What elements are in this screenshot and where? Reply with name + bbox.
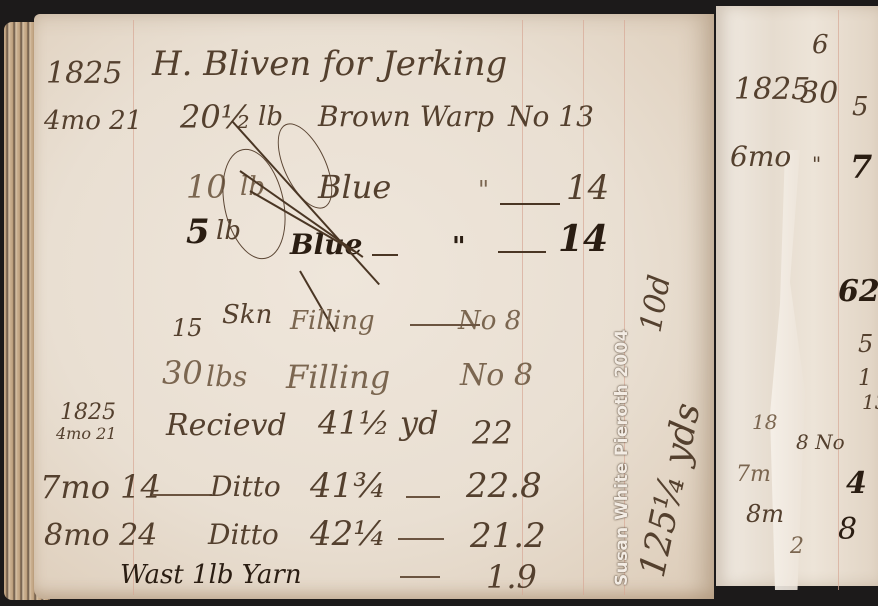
entry-unit: Skn xyxy=(222,300,272,330)
right-line: 5 xyxy=(852,92,869,122)
entry-no: No 8 xyxy=(458,306,521,336)
dash-line xyxy=(410,324,480,326)
dash-line xyxy=(400,576,440,578)
ledger-label: Ditto xyxy=(210,470,281,503)
right-line: 62 xyxy=(838,274,878,309)
dash-line xyxy=(152,494,212,496)
entry-no: No 8 xyxy=(460,358,533,393)
ledger-amount: 21.2 xyxy=(470,516,546,556)
entry-qty: 15 xyxy=(172,314,203,342)
right-line: 8 No xyxy=(796,430,845,454)
dash-line xyxy=(372,254,398,256)
ledger-label: Wast 1lb Yarn xyxy=(120,560,302,590)
entry-qty-unit: 30 xyxy=(162,354,203,392)
received-date: 4mo 21 xyxy=(56,424,116,443)
ledger-photo: 1825 H. Bliven for Jerking 4mo 21 20½ lb… xyxy=(0,0,878,606)
entry-unit: lbs xyxy=(206,360,247,393)
entry-no: 14 xyxy=(558,218,608,260)
header-title: H. Bliven for Jerking xyxy=(152,44,507,84)
ledger-label: Ditto xyxy=(208,518,279,551)
right-line: 30 xyxy=(800,76,838,111)
right-line: 18 xyxy=(752,410,777,434)
received-amount: 22 xyxy=(472,414,513,452)
received-label: Recievd xyxy=(166,408,287,443)
dash-line xyxy=(406,496,440,498)
right-line: 1825 xyxy=(734,72,810,107)
right-line: 4 xyxy=(846,466,867,501)
right-line: 8 xyxy=(838,512,857,547)
right-line: 13 xyxy=(862,390,878,414)
entry-qty: 5 xyxy=(186,212,210,252)
ditto-mark: " xyxy=(478,176,489,204)
right-line: " xyxy=(812,152,821,176)
right-line: 8m xyxy=(746,500,784,528)
entry-item: Filling xyxy=(290,306,375,336)
dash-line xyxy=(498,251,546,253)
entry-no: 14 xyxy=(566,168,609,208)
entry-qty: 10 xyxy=(186,168,227,206)
right-line: 1 xyxy=(858,366,872,391)
ledger-date: 8mo 24 xyxy=(44,518,157,553)
received-year: 1825 xyxy=(60,400,116,425)
ditto-mark: " xyxy=(452,232,466,262)
dash-line xyxy=(398,538,444,540)
right-page-number: 6 xyxy=(812,30,829,60)
dash-line xyxy=(500,203,560,205)
entry-date: 4mo 21 xyxy=(44,106,142,136)
entry-item: Brown Warp xyxy=(318,100,494,133)
ledger-date: 7mo 14 xyxy=(40,468,161,506)
ledger-amount: 1.9 xyxy=(486,558,537,596)
right-line: 2 xyxy=(790,534,804,559)
entry-item: Filling xyxy=(286,358,390,396)
right-line: 5 xyxy=(858,330,873,358)
right-line: 6mo xyxy=(730,140,791,173)
entry-unit: lb xyxy=(258,102,283,132)
right-line: 7m xyxy=(736,462,771,487)
received-yards: 41½ yd xyxy=(318,404,438,442)
ledger-yards: 42¼ xyxy=(310,514,386,554)
header-year: 1825 xyxy=(46,56,122,91)
photographer-watermark: Susan White Pieroth 2004 xyxy=(612,329,632,586)
ledger-amount: 22.8 xyxy=(466,466,542,506)
right-line: 7 xyxy=(850,148,872,186)
ledger-yards: 41¾ xyxy=(310,466,386,506)
entry-no: No 13 xyxy=(508,100,594,133)
